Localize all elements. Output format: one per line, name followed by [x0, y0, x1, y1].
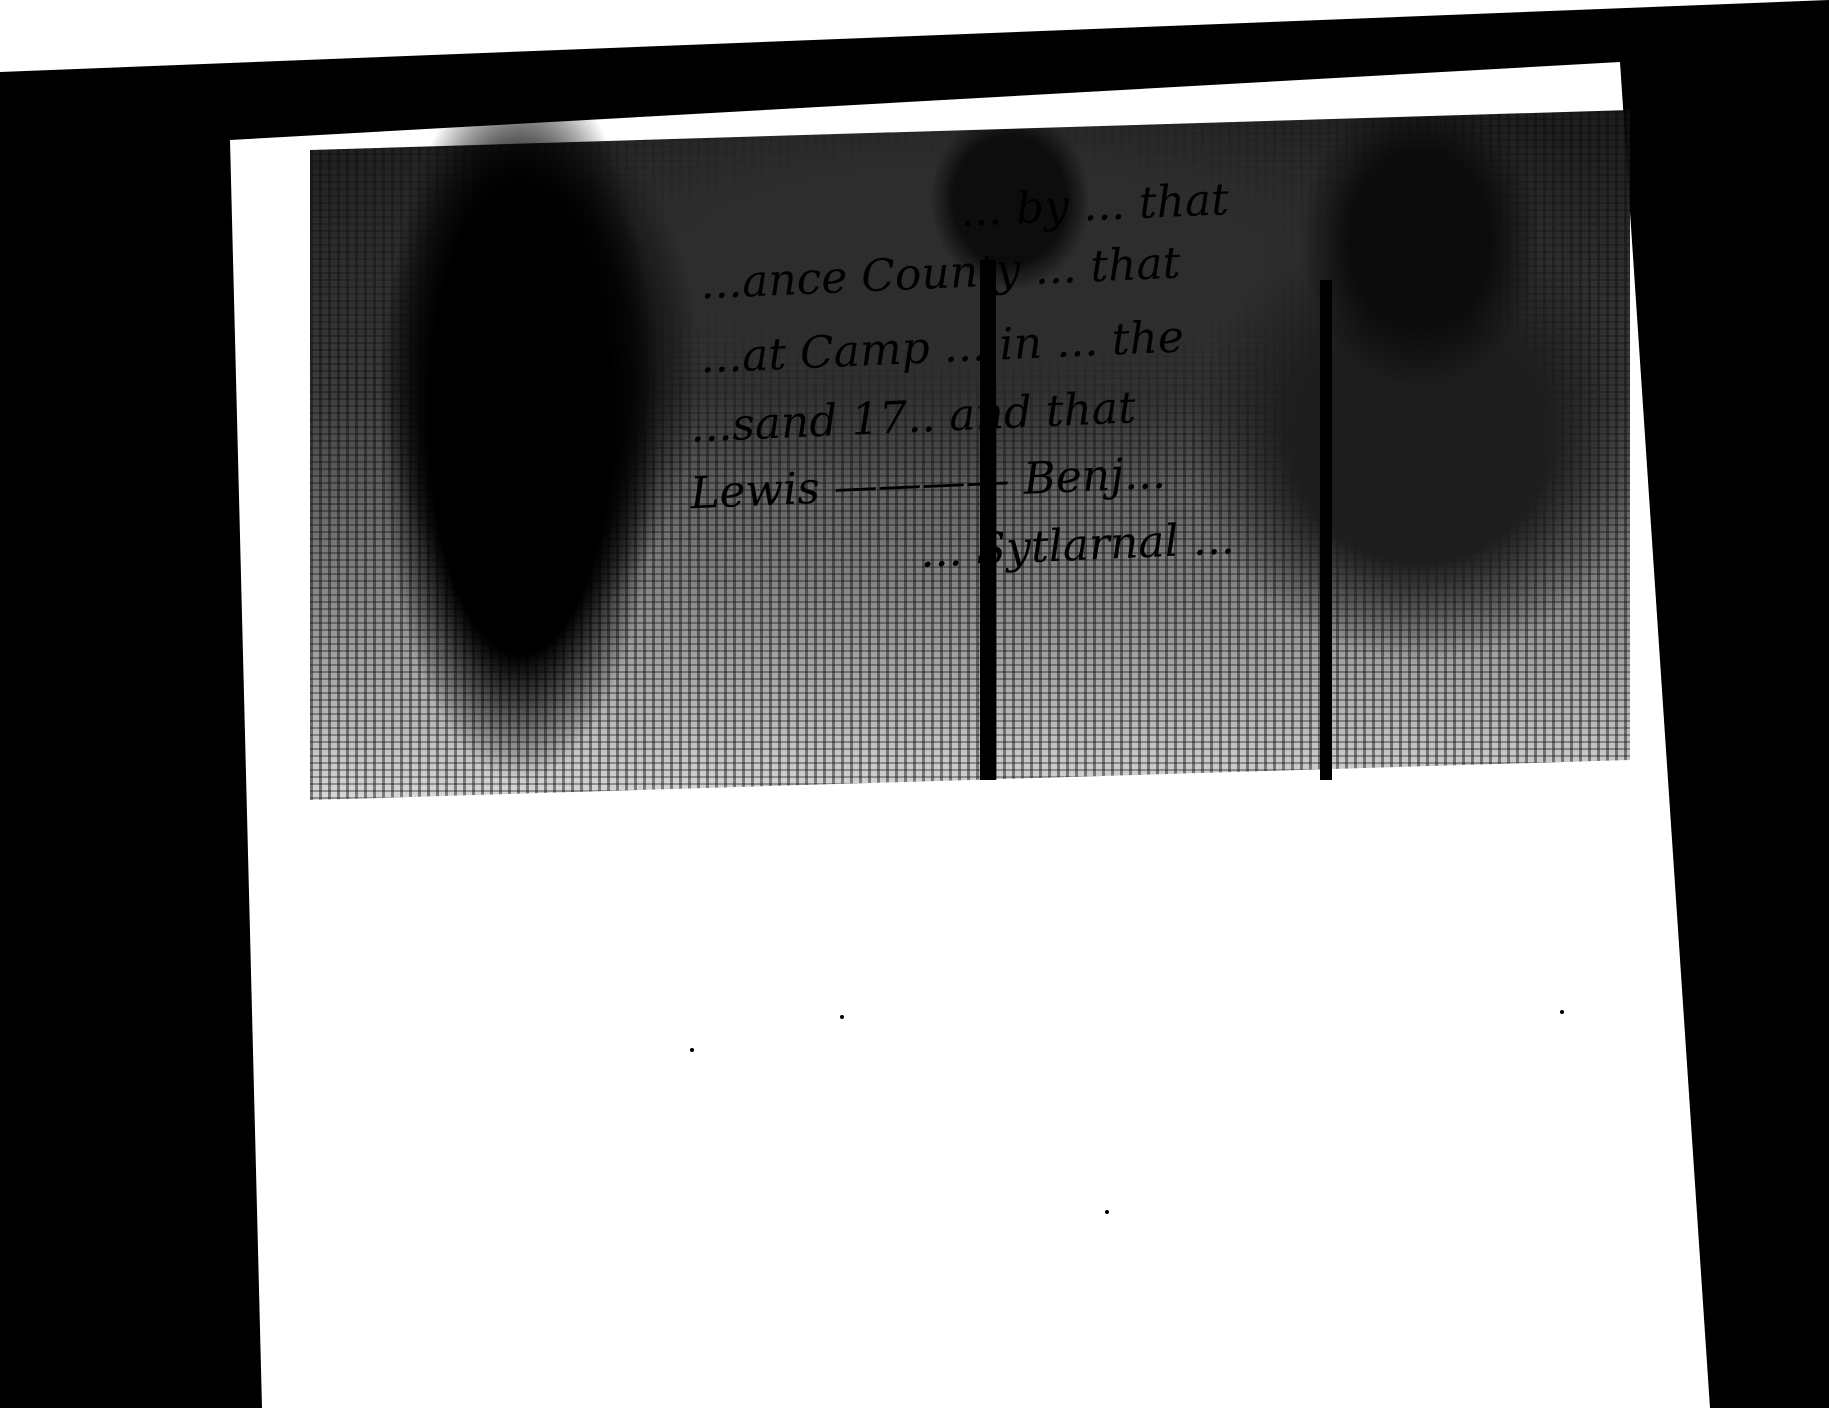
ink-speck	[1560, 1010, 1564, 1014]
fold-crease	[1320, 280, 1332, 780]
ink-speck	[1105, 1210, 1109, 1214]
ink-speck	[840, 1015, 844, 1019]
dark-stain-blot	[380, 120, 680, 810]
ink-speck	[690, 1048, 694, 1052]
